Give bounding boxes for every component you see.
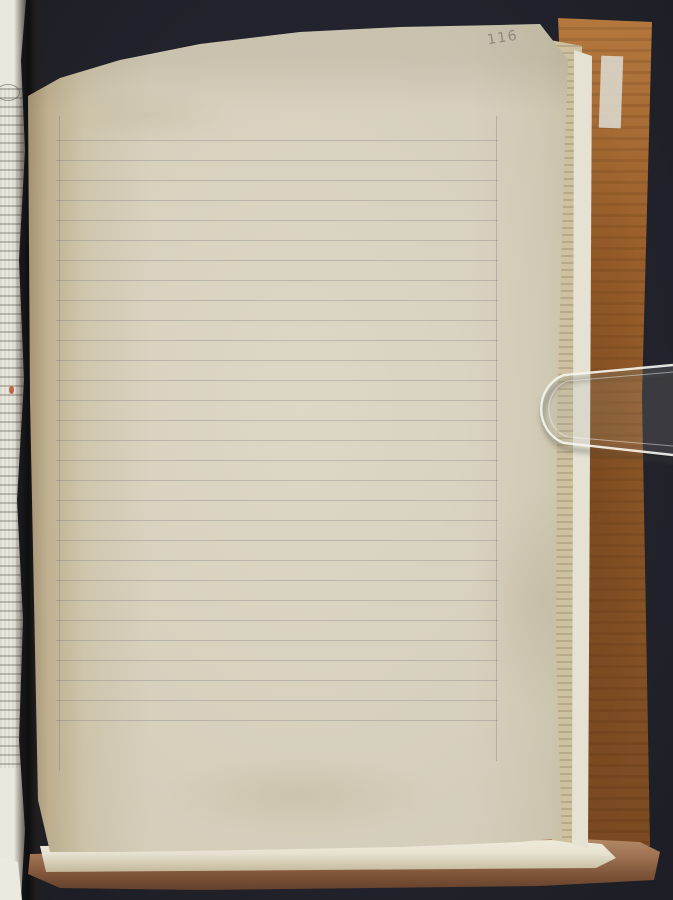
ruling-line-left [59,116,60,771]
cover-corner-patch [599,56,623,129]
page-holder-clip [500,345,673,465]
ruling-lines-horizontal [56,121,498,721]
ruling-line-right [496,116,497,761]
manuscript-photo: 116 saluos facis sperantes iuste deducis… [0,0,673,900]
